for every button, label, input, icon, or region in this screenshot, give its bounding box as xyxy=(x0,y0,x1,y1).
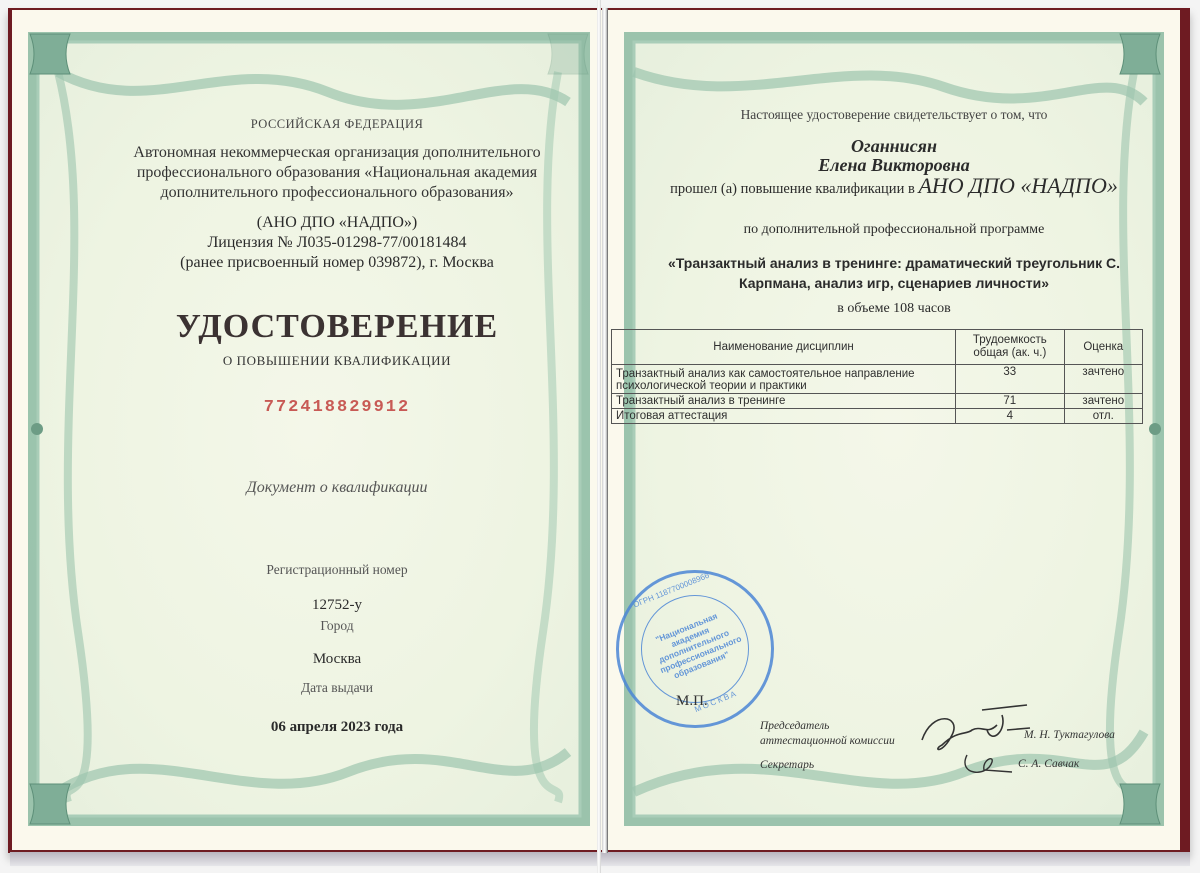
organization-line: профессионального образования «Националь… xyxy=(40,163,634,183)
country-heading: РОССИЙСКАЯ ФЕДЕРАЦИЯ xyxy=(40,117,634,132)
completion-text: прошел (а) повышение квалификации в xyxy=(670,181,915,197)
completion-statement: прошел (а) повышение квалификации в АНО … xyxy=(608,173,1180,199)
organization-short-name: (АНО ДПО «НАДПО») xyxy=(40,213,634,233)
program-volume: в объеме 108 часов xyxy=(608,301,1180,317)
registration-number: 12752-у xyxy=(40,597,634,614)
serial-number: 772418829912 xyxy=(40,398,634,417)
recipient-surname: Оганнисян xyxy=(608,136,1180,157)
column-header-hours: Трудоемкость общая (ак. ч.) xyxy=(956,330,1064,365)
disciplines-table: Наименование дисциплин Трудоемкость обща… xyxy=(611,329,1143,424)
table-header-row: Наименование дисциплин Трудоемкость обща… xyxy=(612,330,1143,365)
organization-line: дополнительного профессионального образо… xyxy=(40,183,634,203)
table-row: Итоговая аттестация 4 отл. xyxy=(612,409,1143,424)
organization-name: Автономная некоммерческая организация до… xyxy=(40,143,634,203)
program-label: по дополнительной профессиональной прогр… xyxy=(608,222,1180,238)
city-value: Москва xyxy=(40,651,634,668)
license-block: (АНО ДПО «НАДПО») Лицензия № Л035-01298-… xyxy=(40,213,634,273)
discipline-name: Транзактный анализ как самостоятельное н… xyxy=(612,365,956,394)
column-header-discipline: Наименование дисциплин xyxy=(612,330,956,365)
program-title-line: Карпмана, анализ игр, сценариев личности… xyxy=(608,273,1180,293)
issue-date: 06 апреля 2023 года xyxy=(40,719,634,736)
discipline-grade: зачтено xyxy=(1064,365,1142,394)
license-note: (ранее присвоенный номер 039872), г. Мос… xyxy=(40,253,634,273)
discipline-name: Итоговая аттестация xyxy=(612,409,956,424)
issue-date-label: Дата выдачи xyxy=(40,680,634,696)
program-title-line: «Транзактный анализ в тренинге: драматич… xyxy=(608,253,1180,273)
discipline-hours: 33 xyxy=(956,365,1064,394)
completion-organization: АНО ДПО «НАДПО» xyxy=(918,173,1117,198)
registration-label: Регистрационный номер xyxy=(40,562,634,578)
discipline-grade: зачтено xyxy=(1064,394,1142,409)
chair-name: М. Н. Туктагулова xyxy=(1024,728,1115,743)
chair-label: Председатель аттестационной комиссии xyxy=(760,719,910,749)
secretary-label: Секретарь xyxy=(760,758,814,773)
signature-icon xyxy=(912,700,1032,780)
discipline-hours: 4 xyxy=(956,409,1064,424)
table-row: Транзактный анализ как самостоятельное н… xyxy=(612,365,1143,394)
document-title: УДОСТОВЕРЕНИЕ xyxy=(40,308,634,346)
discipline-name: Транзактный анализ в тренинге xyxy=(612,394,956,409)
document-subtitle: о повышении квалификации xyxy=(40,353,634,369)
city-label: Город xyxy=(40,618,634,634)
program-title: «Транзактный анализ в тренинге: драматич… xyxy=(608,253,1180,293)
discipline-hours: 71 xyxy=(956,394,1064,409)
certifies-statement: Настоящее удостоверение свидетельствует … xyxy=(608,107,1180,123)
organization-line: Автономная некоммерческая организация до… xyxy=(40,143,634,163)
document-type: Документ о квалификации xyxy=(40,479,634,497)
secretary-name: С. А. Савчак xyxy=(1018,757,1079,772)
seal-place-mark: М.П. xyxy=(676,693,708,710)
license-number: Лицензия № Л035-01298-77/00181484 xyxy=(40,233,634,253)
table-row: Транзактный анализ в тренинге 71 зачтено xyxy=(612,394,1143,409)
discipline-grade: отл. xyxy=(1064,409,1142,424)
column-header-grade: Оценка xyxy=(1064,330,1142,365)
